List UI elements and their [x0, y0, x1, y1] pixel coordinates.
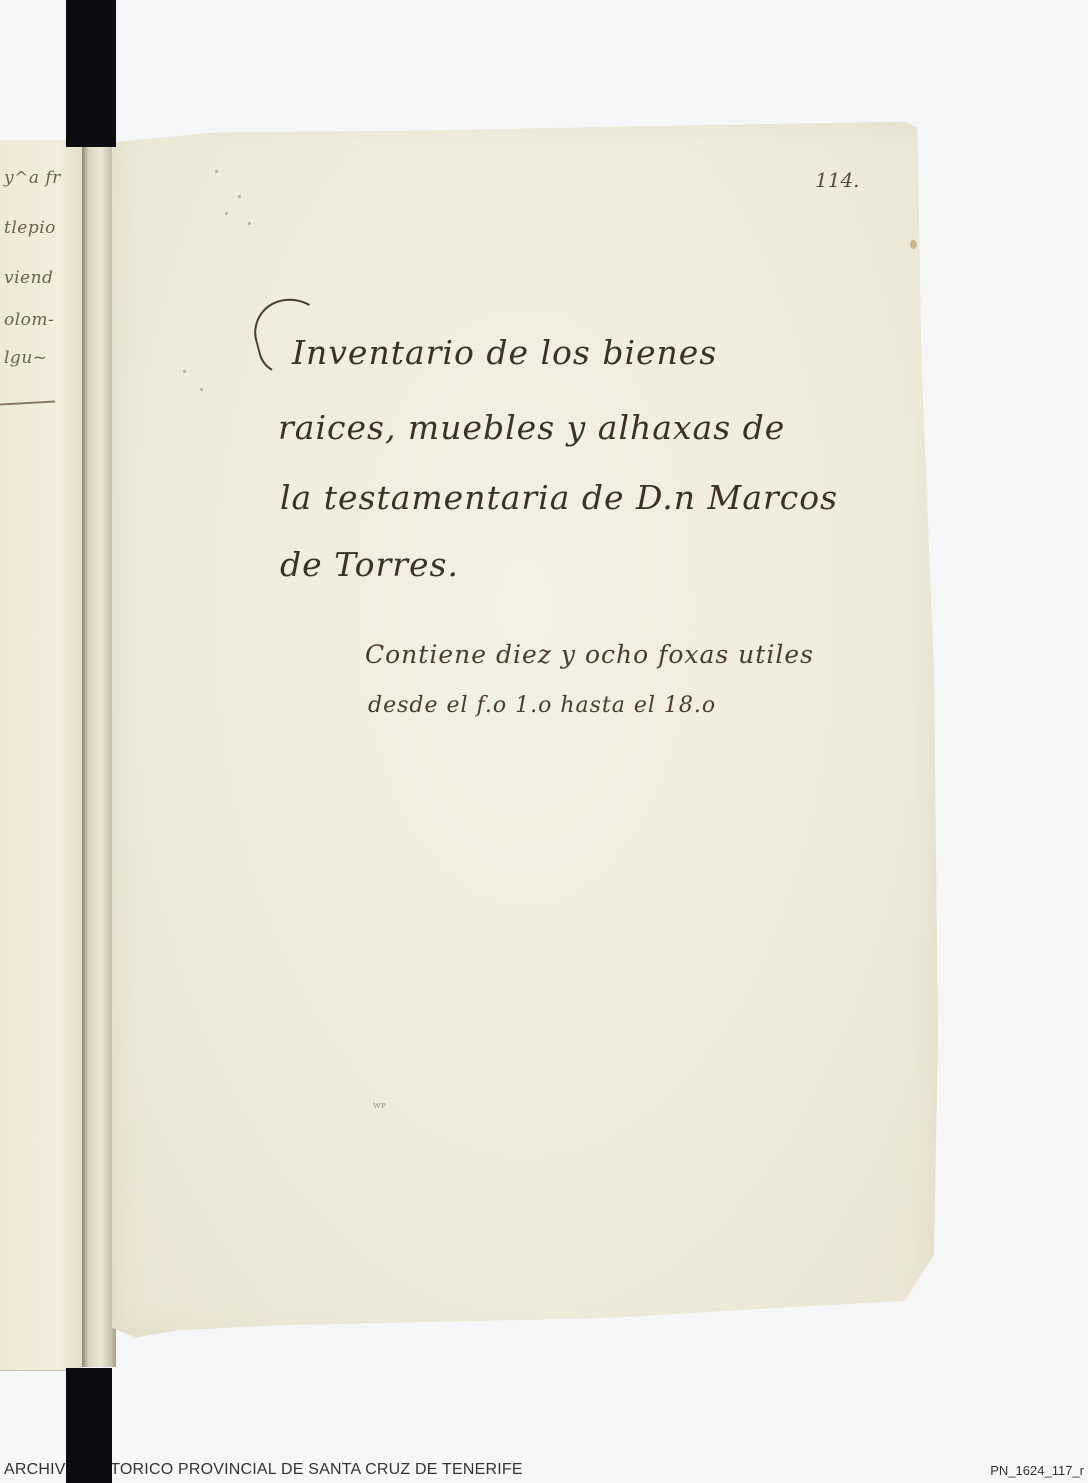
book-gutter [82, 142, 116, 1367]
title-line-4: de Torres. [280, 545, 459, 584]
foxing-spot [225, 212, 228, 215]
left-page-text: olom- [4, 310, 54, 330]
document-scan: y^a fr tlepio viend olom- lgu~ 114. Inve… [0, 0, 1088, 1448]
title-line-3: la testamentaria de D.n Marcos [280, 478, 838, 517]
title-line-1: Inventario de los bienes [292, 333, 717, 372]
footer-bar: ARCHIVO HISTORICO PROVINCIAL DE SANTA CR… [0, 1448, 1088, 1483]
foxing-spot [183, 370, 186, 373]
binding-strap-top [66, 0, 116, 147]
binding-strap-footer [66, 1448, 112, 1483]
foxing-spot [200, 388, 203, 391]
note-line-2: desde el f.o 1.o hasta el 18.o [368, 693, 716, 718]
title-line-2: raices, muebles y alhaxas de [278, 408, 785, 447]
image-code: PN_1624_117_r [990, 1463, 1084, 1478]
left-page-text: y^a fr [4, 168, 61, 188]
foxing-spot [238, 195, 241, 198]
foxing-spot [215, 170, 218, 173]
foxing-spot [248, 222, 251, 225]
left-page-text: viend [4, 268, 53, 288]
folio-number: 114. [815, 168, 860, 192]
left-page-text: lgu~ [4, 348, 48, 368]
flourish-line [0, 401, 55, 406]
right-page [112, 118, 938, 1340]
stain-spot [910, 240, 917, 249]
left-page-text: tlepio [4, 218, 56, 238]
note-line-1: Contiene diez y ocho foxas utiles [365, 640, 814, 669]
watermark-stamp: ᴡᴘ [373, 1101, 386, 1111]
left-page-fragment: y^a fr tlepio viend olom- lgu~ [0, 140, 82, 1371]
